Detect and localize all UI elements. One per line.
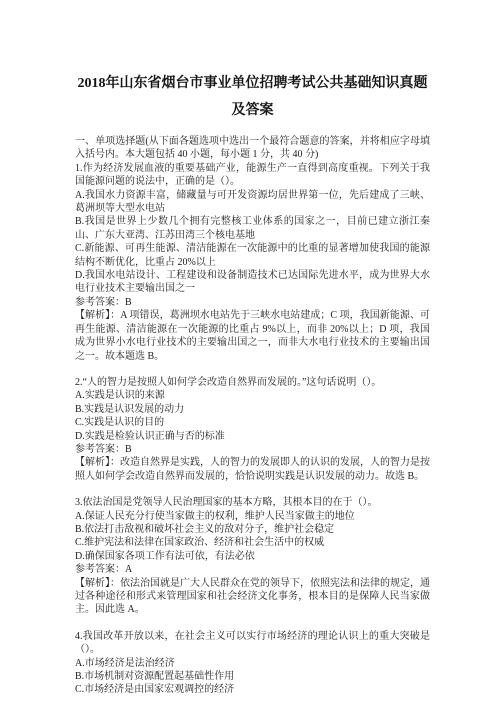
question-2-answer: 参考答案：B — [75, 443, 430, 456]
document-page: 2018年山东省烟台市事业单位招聘考试公共基础知识真题 及答案 一、单项选择题(… — [0, 0, 499, 706]
section-instructions: 一、单项选择题(从下面各题选项中选出一个最符合题意的答案，并将相应字母填入括号内… — [75, 135, 430, 162]
question-1-option-d: D.我国水电站设计、工程建设和设备制造技术已达国际先进水平，成为世界大水电行业技… — [75, 269, 430, 296]
question-3-option-c: C.维护宪法和法律在国家政治、经济和社会生活中的权威 — [75, 536, 430, 549]
question-4: 4.我国改革开放以来，在社会主义可以实行市场经济的理论认识上的重大突破是（）。 … — [75, 630, 430, 697]
question-2-analysis: 【解析】：改造自然界是实践，人的智力的发展即人的认识的发展，人的智力是按照人如何… — [75, 456, 430, 483]
question-2-option-c: C.实践是认识的目的 — [75, 416, 430, 429]
question-1-option-a: A.我国水力资源丰富，储藏量与可开发资源均居世界第一位，先后建成了三峡、葛洲坝等… — [75, 189, 430, 216]
document-title-line2: 及答案 — [75, 97, 430, 124]
question-1-analysis: 【解析】：A 项错误，葛洲坝水电站先于三峡水电站建成；C 项，我国新能源、可再生… — [75, 309, 430, 363]
question-1-option-c: C.新能源、可再生能源、清洁能源在一次能源中的比重的显著增加使我国的能源结构不断… — [75, 242, 430, 269]
question-2: 2.“人的智力是按照人如何学会改造自然界而发展的。”这句话说明（）。 A.实践是… — [75, 376, 430, 483]
question-2-option-a: A.实践是认识的来源 — [75, 389, 430, 402]
question-1-option-b: B.我国是世界上少数几个拥有完整核工业体系的国家之一，目前已建立浙江秦山、广东大… — [75, 215, 430, 242]
document-title: 2018年山东省烟台市事业单位招聘考试公共基础知识真题 及答案 — [75, 70, 430, 124]
question-2-stem: 2.“人的智力是按照人如何学会改造自然界而发展的。”这句话说明（）。 — [75, 376, 430, 389]
question-3-option-d: D.确保国家各项工作有法可依，有法必依 — [75, 550, 430, 563]
question-3: 3.依法治国是党领导人民治理国家的基本方略，其根本目的在于（）。 A.保证人民充… — [75, 496, 430, 617]
question-4-option-c: C.市场经济是由国家宏观调控的经济 — [75, 683, 430, 696]
question-4-option-b: B.市场机制对资源配置起基础性作用 — [75, 670, 430, 683]
question-1: 1.作为经济发展血液的重要基础产业，能源生产一直得到高度重视。下列关于我国能源问… — [75, 162, 430, 363]
question-3-option-a: A.保证人民充分行使当家做主的权利，维护人民当家做主的地位 — [75, 510, 430, 523]
question-4-option-a: A.市场经济是法治经济 — [75, 657, 430, 670]
question-3-option-b: B.依法打击敌视和破坏社会主义的敌对分子，维护社会稳定 — [75, 523, 430, 536]
document-title-line1: 2018年山东省烟台市事业单位招聘考试公共基础知识真题 — [75, 70, 430, 97]
question-3-stem: 3.依法治国是党领导人民治理国家的基本方略，其根本目的在于（）。 — [75, 496, 430, 509]
question-2-option-b: B.实践是认识发展的动力 — [75, 403, 430, 416]
question-2-option-d: D.实践是检验认识正确与否的标准 — [75, 430, 430, 443]
question-1-answer: 参考答案：B — [75, 296, 430, 309]
question-3-answer: 参考答案：A — [75, 563, 430, 576]
question-3-analysis: 【解析】：依法治国就是广大人民群众在党的领导下，依照宪法和法律的规定，通过各种途… — [75, 577, 430, 617]
question-4-stem: 4.我国改革开放以来，在社会主义可以实行市场经济的理论认识上的重大突破是（）。 — [75, 630, 430, 657]
question-1-stem: 1.作为经济发展血液的重要基础产业，能源生产一直得到高度重视。下列关于我国能源问… — [75, 162, 430, 189]
